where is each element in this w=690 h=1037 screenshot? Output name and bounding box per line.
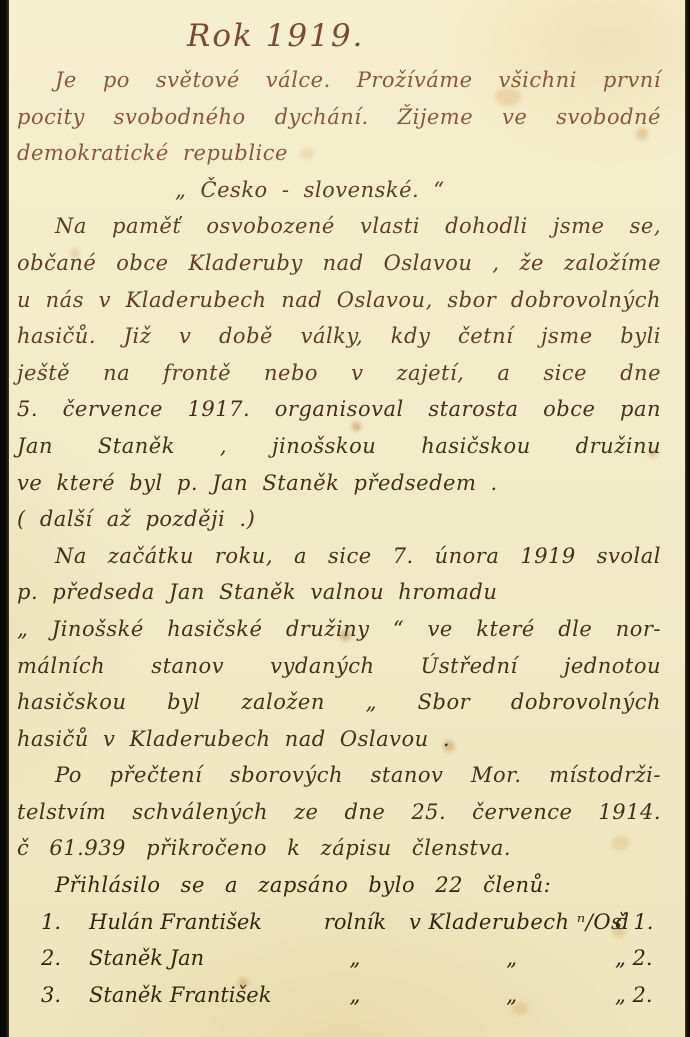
member-place: „ bbox=[409, 977, 615, 1014]
chronicle-page: Rok 1919. Je po světové válce. Prožíváme… bbox=[0, 0, 690, 1037]
handwritten-line: málních stanov vydaných Ústřední jednoto… bbox=[17, 648, 661, 685]
handwritten-line: hasičů. Již v době války, kdy četní jsme… bbox=[17, 318, 661, 355]
handwritten-line: „ Česko - slovenské. “ bbox=[17, 172, 661, 209]
member-number: 3. bbox=[41, 977, 89, 1014]
member-occupation: „ bbox=[301, 940, 409, 977]
member-house-no: č 1. bbox=[615, 904, 685, 941]
handwritten-line: ještě na frontě nebo v zajetí, a sice dn… bbox=[17, 355, 661, 392]
page-heading: Rok 1919. bbox=[17, 10, 661, 62]
member-place: „ bbox=[409, 940, 615, 977]
member-number: 2. bbox=[41, 940, 89, 977]
member-place: v Kladerubech ⁿ/Osl bbox=[409, 904, 615, 941]
page-binding-edge-left bbox=[0, 0, 9, 1037]
member-occupation: rolník bbox=[301, 904, 409, 941]
handwritten-line: Po přečtení sborových stanov Mor. místod… bbox=[17, 757, 661, 794]
member-row: 3. Staněk František „ „ „ 2. bbox=[17, 977, 661, 1014]
member-occupation: „ bbox=[301, 977, 409, 1014]
handwritten-line: u nás v Kladerubech nad Oslavou, sbor do… bbox=[17, 282, 661, 319]
handwritten-line: hasičů v Kladerubech nad Oslavou . bbox=[17, 721, 661, 758]
handwritten-line: ve které byl p. Jan Staněk předsedem . bbox=[17, 465, 661, 502]
handwritten-line: pocity svobodného dychání. Žijeme ve svo… bbox=[17, 99, 661, 136]
page-scan-edge-right bbox=[685, 0, 690, 1037]
handwritten-line: Na začátku roku, a sice 7. února 1919 sv… bbox=[17, 538, 661, 575]
handwritten-line: Na paměť osvobozené vlasti dohodli jsme … bbox=[17, 208, 661, 245]
handwritten-line: Je po světové válce. Prožíváme všichni p… bbox=[17, 62, 661, 99]
handwritten-line: č 61.939 přikročeno k zápisu členstva. bbox=[17, 830, 661, 867]
handwritten-line: telstvím schválených ze dne 25. července… bbox=[17, 794, 661, 831]
handwritten-line: 5. července 1917. organisoval starosta o… bbox=[17, 391, 661, 428]
handwritten-line: demokratické republice bbox=[17, 135, 661, 172]
handwritten-line: p. předseda Jan Staněk valnou hromadu bbox=[17, 574, 661, 611]
page-content: Rok 1919. Je po světové válce. Prožíváme… bbox=[9, 0, 685, 1013]
member-name: Staněk Jan bbox=[89, 940, 301, 977]
member-name: Hulán František bbox=[89, 904, 301, 941]
handwritten-line: hasičskou byl založen „ Sbor dobrovolnýc… bbox=[17, 684, 661, 721]
member-row: 1. Hulán František rolník v Kladerubech … bbox=[17, 904, 661, 941]
handwritten-line: občané obce Kladeruby nad Oslavou , že z… bbox=[17, 245, 661, 282]
member-house-no: „ 2. bbox=[615, 940, 685, 977]
member-house-no: „ 2. bbox=[615, 977, 685, 1014]
member-number: 1. bbox=[41, 904, 89, 941]
handwritten-line: ( další až později .) bbox=[17, 501, 661, 538]
handwritten-line: Přihlásilo se a zapsáno bylo 22 členů: bbox=[17, 867, 661, 904]
handwritten-line: Jan Staněk , jinošskou hasičskou družinu bbox=[17, 428, 661, 465]
handwritten-line: „ Jinošské hasičské družiny “ ve které d… bbox=[17, 611, 661, 648]
member-row: 2. Staněk Jan „ „ „ 2. bbox=[17, 940, 661, 977]
member-name: Staněk František bbox=[89, 977, 301, 1014]
